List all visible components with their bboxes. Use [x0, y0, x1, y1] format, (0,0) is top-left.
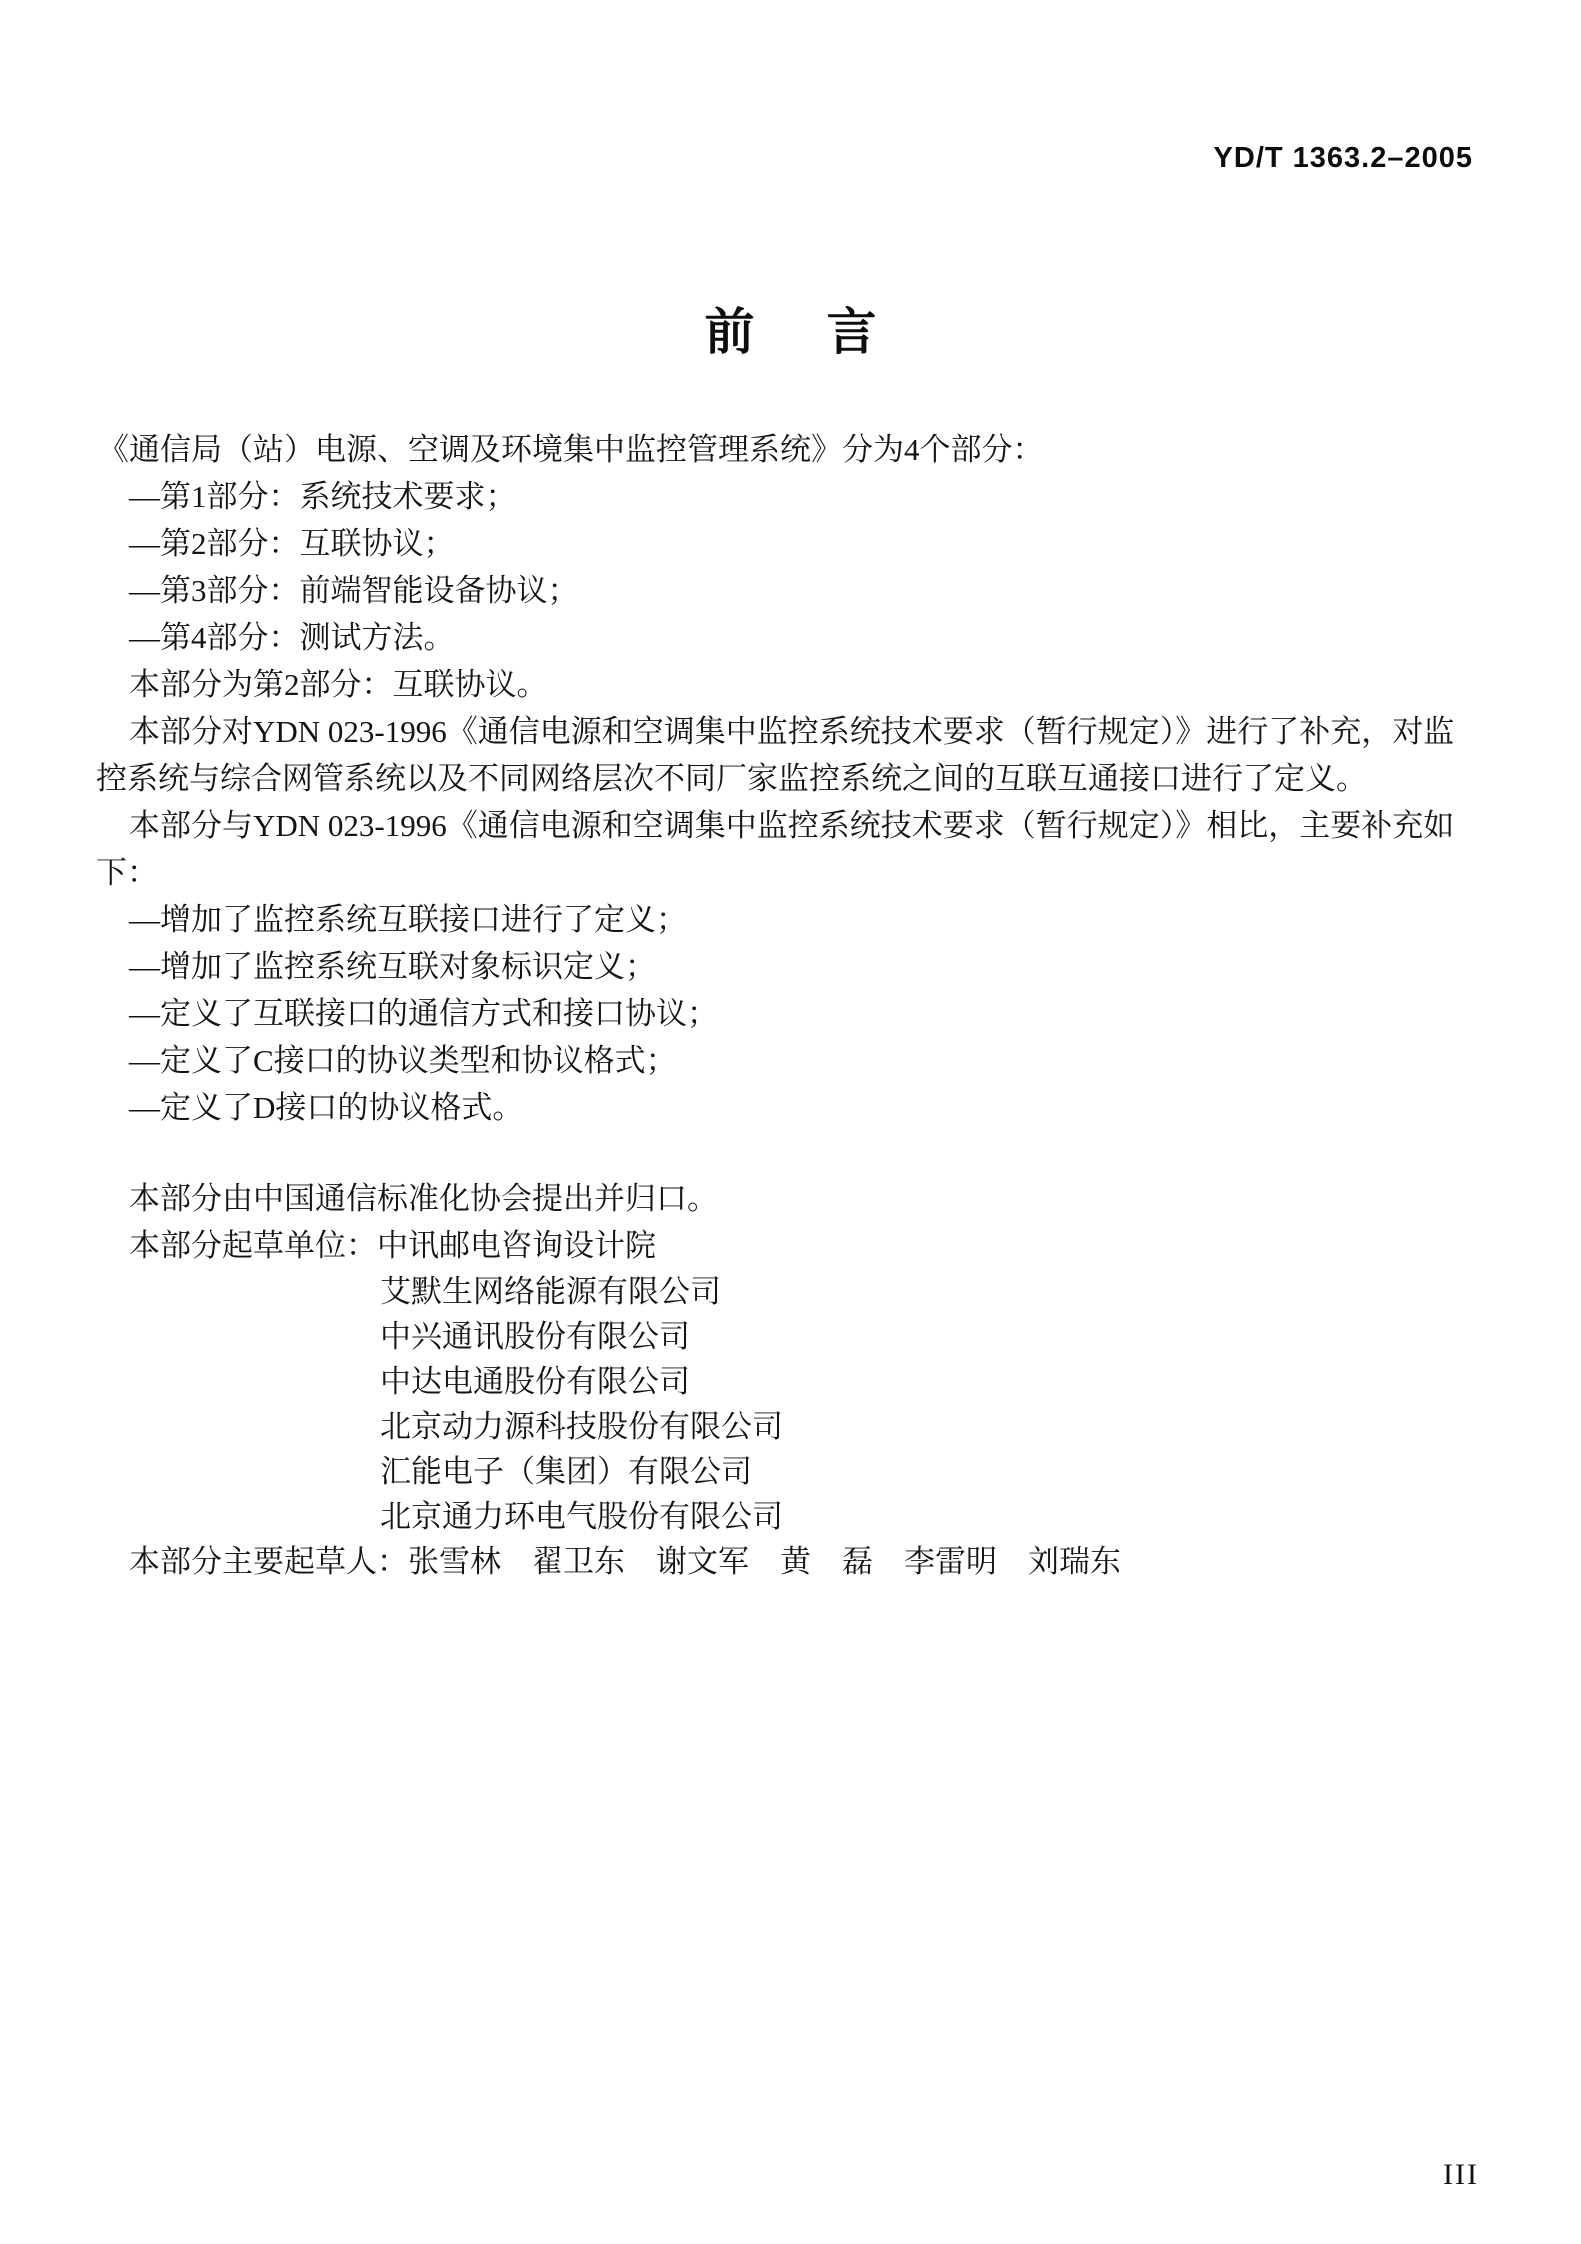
drafters-names: 张雪林 翟卫东 谢文军 黄 磊 李雷明 刘瑞东: [408, 1544, 1121, 1579]
page-number: III: [1443, 2158, 1479, 2192]
drafting-unit-first: 中讯邮电咨询设计院: [377, 1228, 656, 1263]
additions-list-item-1: —增加了监控系统互联接口进行了定义；: [96, 896, 1484, 943]
current-part-paragraph: 本部分为第2部分：互联协议。: [96, 661, 1484, 708]
drafting-unit-item: 北京动力源科技股份有限公司: [380, 1404, 1484, 1449]
additions-list-item-3: —定义了互联接口的通信方式和接口协议；: [96, 990, 1484, 1037]
drafting-units-list: 艾默生网络能源有限公司 中兴通讯股份有限公司 中达电通股份有限公司 北京动力源科…: [380, 1269, 1484, 1539]
drafters-label: 本部分主要起草人：: [129, 1544, 408, 1579]
parts-list-item-3: —第3部分：前端智能设备协议；: [96, 567, 1484, 614]
comparison-paragraph: 本部分与YDN 023-1996《通信电源和空调集中监控系统技术要求（暂行规定）…: [96, 802, 1484, 896]
standard-number: YD/T 1363.2–2005: [1214, 142, 1473, 175]
drafting-unit-line: 本部分起草单位：中讯邮电咨询设计院: [96, 1222, 1484, 1269]
parts-list-item-2: —第2部分：互联协议；: [96, 520, 1484, 567]
intro-paragraph: 《通信局（站）电源、空调及环境集中监控管理系统》分为4个部分：: [96, 426, 1484, 473]
page-title: 前言: [0, 292, 1581, 364]
parts-list-item-4: —第4部分：测试方法。: [96, 614, 1484, 661]
page-title-char1: 前: [705, 304, 755, 360]
drafting-unit-label: 本部分起草单位：: [129, 1228, 377, 1263]
foreword-body: 《通信局（站）电源、空调及环境集中监控管理系统》分为4个部分： —第1部分：系统…: [96, 426, 1484, 1584]
drafting-unit-item: 艾默生网络能源有限公司: [380, 1269, 1484, 1314]
supplement-paragraph: 本部分对YDN 023-1996《通信电源和空调集中监控系统技术要求（暂行规定）…: [96, 708, 1484, 802]
additions-list-item-2: —增加了监控系统互联对象标识定义；: [96, 943, 1484, 990]
drafting-unit-item: 中达电通股份有限公司: [380, 1359, 1484, 1404]
document-page: YD/T 1363.2–2005 前言 《通信局（站）电源、空调及环境集中监控管…: [0, 0, 1581, 2244]
parts-list-item-1: —第1部分：系统技术要求；: [96, 473, 1484, 520]
additions-list-item-4: —定义了C接口的协议类型和协议格式；: [96, 1037, 1484, 1084]
drafting-unit-item: 汇能电子（集团）有限公司: [380, 1449, 1484, 1494]
page-title-char2: 言: [827, 304, 877, 360]
drafters-line: 本部分主要起草人：张雪林 翟卫东 谢文军 黄 磊 李雷明 刘瑞东: [96, 1539, 1484, 1584]
additions-list-item-5: —定义了D接口的协议格式。: [96, 1084, 1484, 1131]
drafting-unit-item: 中兴通讯股份有限公司: [380, 1314, 1484, 1359]
drafting-unit-item: 北京通力环电气股份有限公司: [380, 1494, 1484, 1539]
proposal-paragraph: 本部分由中国通信标准化协会提出并归口。: [96, 1175, 1484, 1222]
